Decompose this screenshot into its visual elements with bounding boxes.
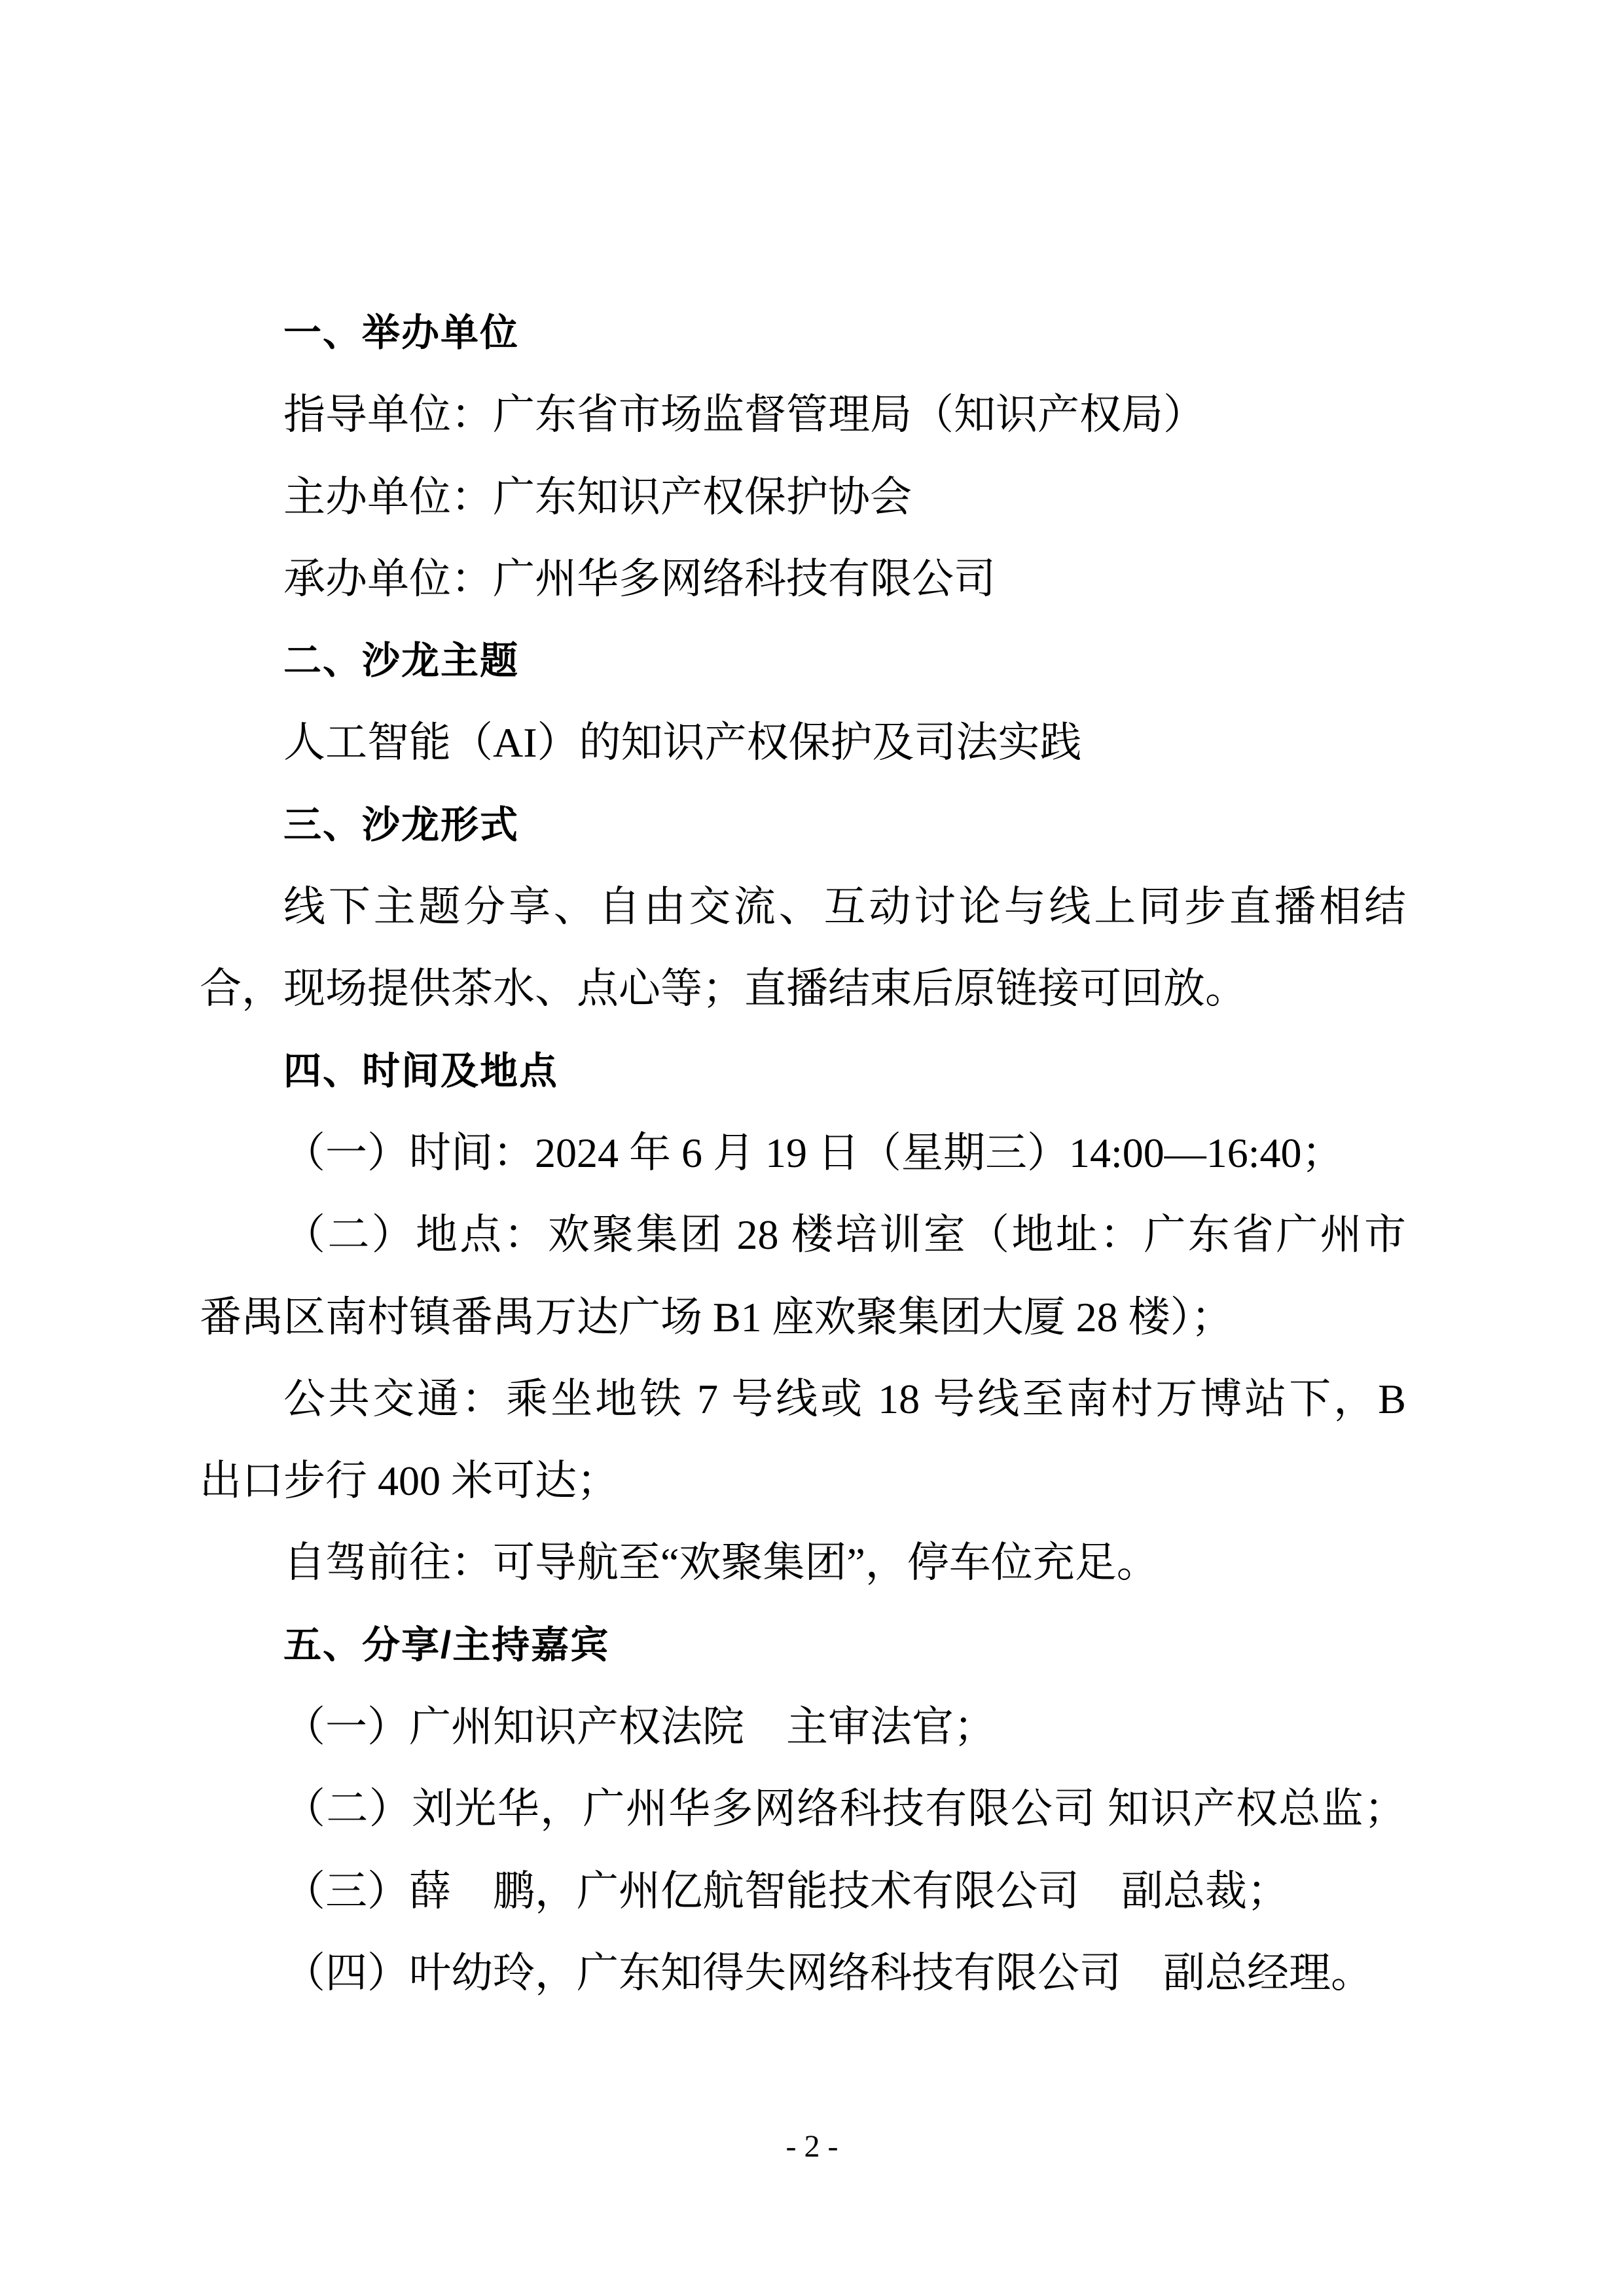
text-line: 承办单位：广州华多网络科技有限公司 xyxy=(200,538,1406,620)
text-line: （四）叶幼玲，广东知得失网络科技有限公司 副总经理。 xyxy=(200,1932,1406,2014)
text-line: 番禺区南村镇番禺万达广场 B1 座欢聚集团大厦 28 楼）； xyxy=(200,1276,1406,1358)
text-line: （二）刘光华，广州华多网络科技有限公司 知识产权总监； xyxy=(200,1768,1406,1850)
text-line: （一）时间：2024 年 6 月 19 日（星期三）14:00—16:40； xyxy=(200,1112,1406,1194)
document-page: 一、举办单位指导单位：广东省市场监督管理局（知识产权局）主办单位：广东知识产权保… xyxy=(0,0,1624,2296)
section-heading: 三、沙龙形式 xyxy=(200,784,1406,866)
text-line: 合，现场提供茶水、点心等；直播结束后原链接可回放。 xyxy=(200,948,1406,1030)
text-line: 线下主题分享、自由交流、互动讨论与线上同步直播相结 xyxy=(200,866,1406,948)
text-line: 人工智能（AI）的知识产权保护及司法实践 xyxy=(200,702,1406,783)
page-footer: - 2 - xyxy=(0,2127,1624,2166)
section-heading: 一、举办单位 xyxy=(200,292,1406,374)
page-number: - 2 - xyxy=(786,2129,839,2164)
text-line: 出口步行 400 米可达； xyxy=(200,1440,1406,1522)
section-heading: 二、沙龙主题 xyxy=(200,620,1406,702)
text-line: （一）广州知识产权法院 主审法官； xyxy=(200,1686,1406,1768)
section-heading: 五、分享/主持嘉宾 xyxy=(200,1604,1406,1686)
section-heading: 四、时间及地点 xyxy=(200,1030,1406,1112)
document-body: 一、举办单位指导单位：广东省市场监督管理局（知识产权局）主办单位：广东知识产权保… xyxy=(200,292,1406,2014)
text-line: 指导单位：广东省市场监督管理局（知识产权局） xyxy=(200,374,1406,456)
text-line: 公共交通：乘坐地铁 7 号线或 18 号线至南村万博站下，B xyxy=(200,1358,1406,1440)
text-line: （二）地点：欢聚集团 28 楼培训室（地址：广东省广州市 xyxy=(200,1194,1406,1276)
text-line: 主办单位：广东知识产权保护协会 xyxy=(200,456,1406,538)
text-line: （三）薛 鹏，广州亿航智能技术有限公司 副总裁； xyxy=(200,1850,1406,1932)
text-line: 自驾前往：可导航至“欢聚集团”，停车位充足。 xyxy=(200,1522,1406,1604)
